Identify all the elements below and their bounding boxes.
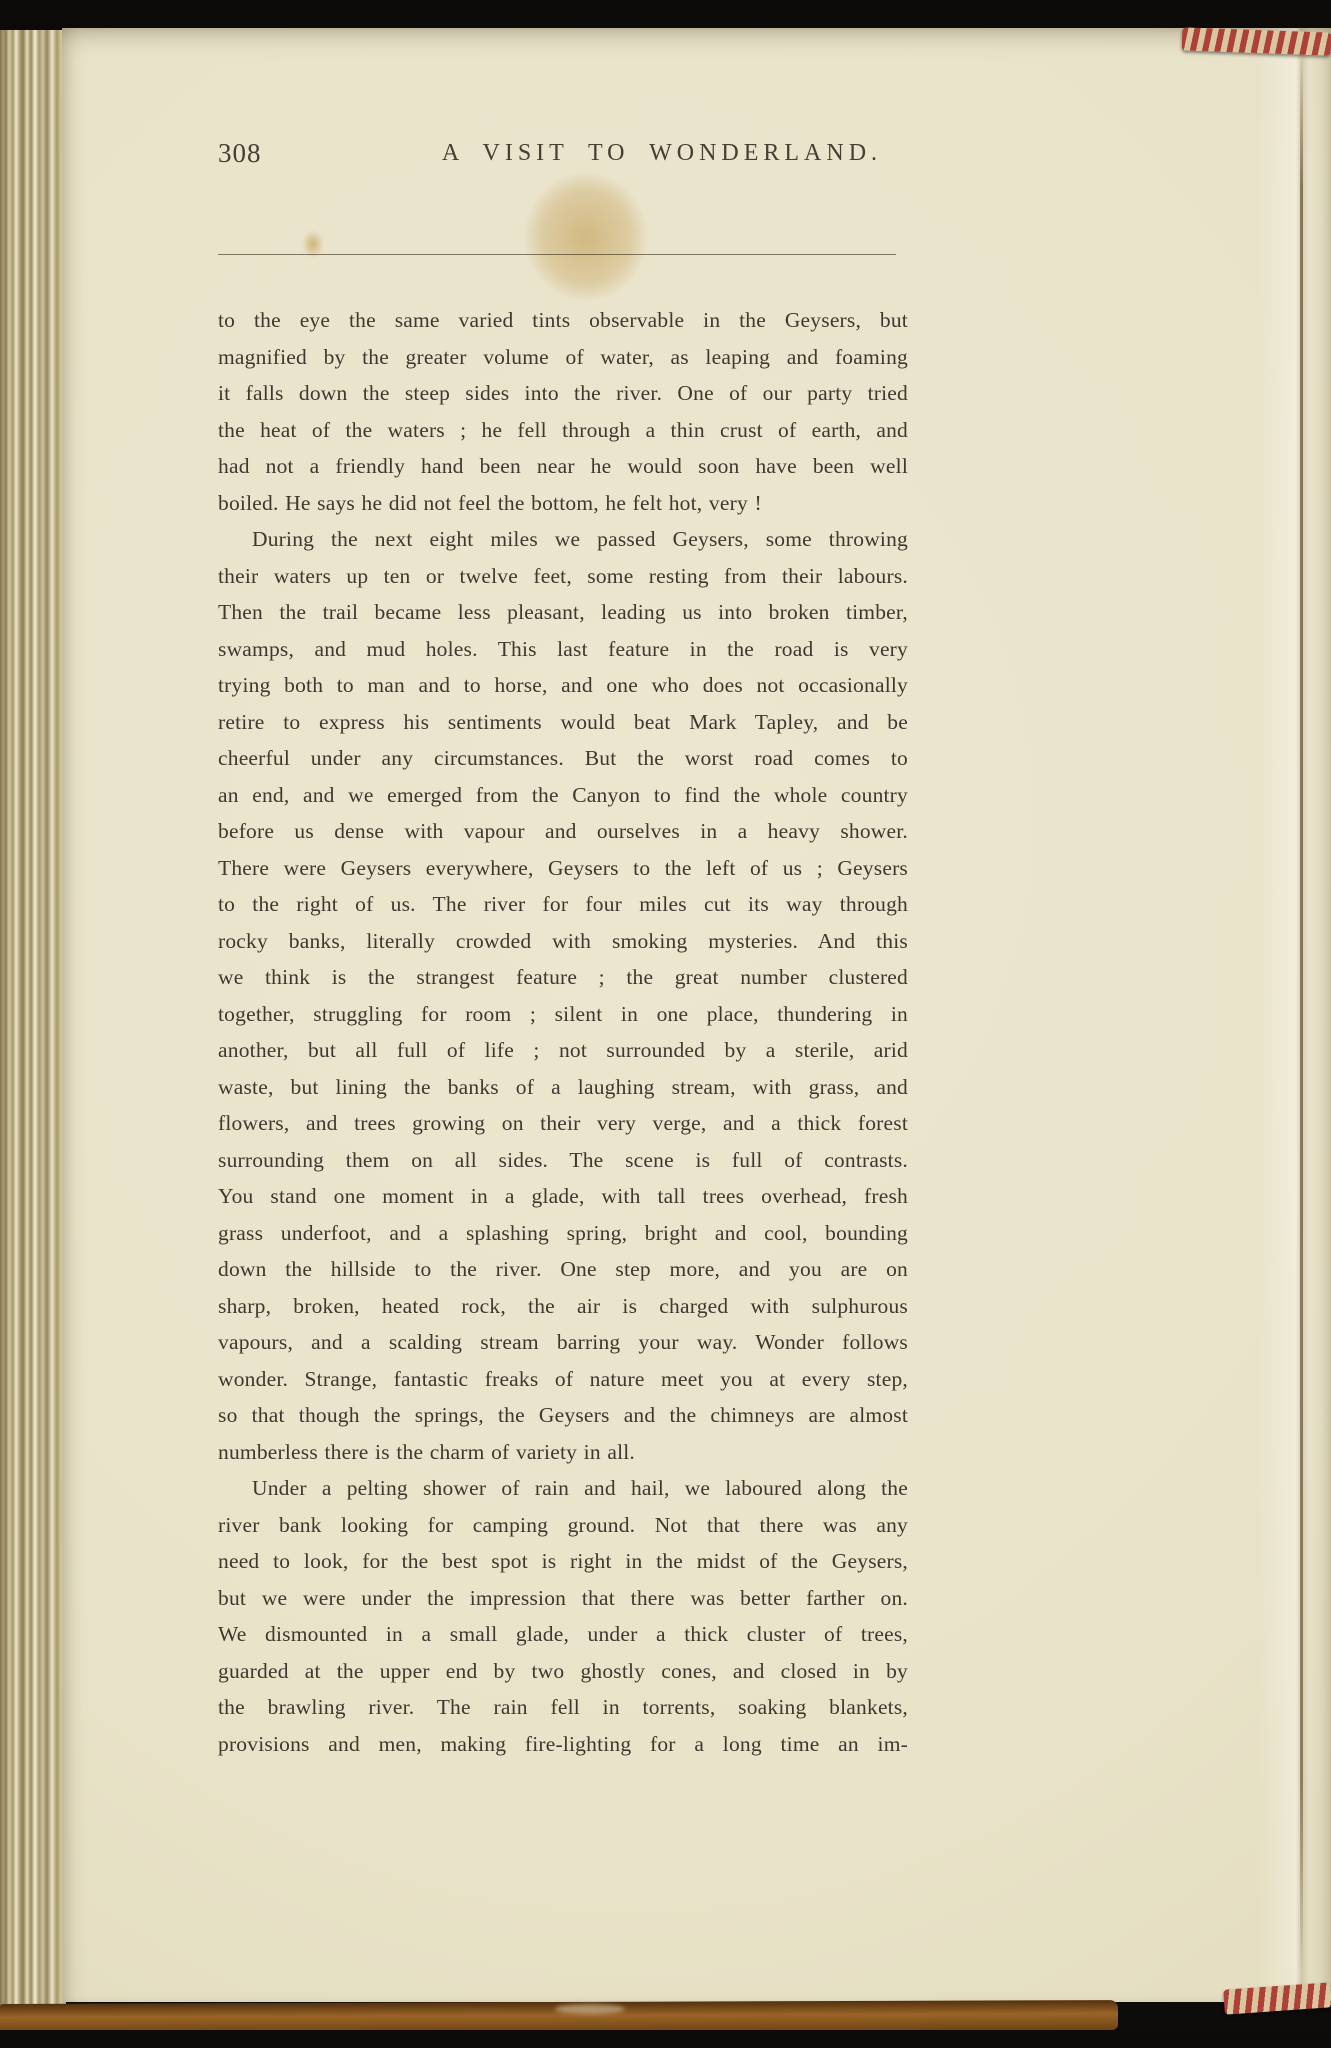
book-page: 308 A VISIT TO WONDERLAND. to the eye th… (62, 28, 1331, 2002)
text-line: rocky banks, literally crowded with smok… (218, 923, 908, 960)
text-line: numberless there is the charm of variety… (218, 1434, 908, 1471)
text-line: so that though the springs, the Geysers … (218, 1397, 908, 1434)
text-line: before us dense with vapour and ourselve… (218, 813, 908, 850)
text-line: magnified by the greater volume of water… (218, 339, 908, 376)
scan-background-bottom (0, 2030, 1331, 2048)
text-line: boiled. He says he did not feel the bott… (218, 485, 908, 522)
text-line: waste, but lining the banks of a laughin… (218, 1069, 908, 1106)
text-line: guarded at the upper end by two ghostly … (218, 1653, 908, 1690)
page-edge-stack (0, 30, 66, 2006)
text-line: There were Geysers everywhere, Geysers t… (218, 850, 908, 887)
text-line: the heat of the waters ; he fell through… (218, 412, 908, 449)
text-line: We dismounted in a small glade, under a … (218, 1616, 908, 1653)
text-line: grass underfoot, and a splashing spring,… (218, 1215, 908, 1252)
text-line: sharp, broken, heated rock, the air is c… (218, 1288, 908, 1325)
book-scan: 308 A VISIT TO WONDERLAND. to the eye th… (0, 0, 1331, 2048)
text-line: cheerful under any circumstances. But th… (218, 740, 908, 777)
text-line: down the hillside to the river. One step… (218, 1251, 908, 1288)
text-line: to the eye the same varied tints observa… (218, 302, 908, 339)
text-line: provisions and men, making fire-lighting… (218, 1726, 908, 1763)
header-rule (218, 254, 896, 255)
gutter-crease (1300, 54, 1303, 1974)
text-line: flowers, and trees growing on their very… (218, 1105, 908, 1142)
text-line: an end, and we emerged from the Canyon t… (218, 777, 908, 814)
scan-background-top (0, 0, 1331, 29)
text-line: swamps, and mud holes. This last feature… (218, 631, 908, 668)
text-line: to the right of us. The river for four m… (218, 886, 908, 923)
text-line: need to look, for the best spot is right… (218, 1543, 908, 1580)
text-line: surrounding them on all sides. The scene… (218, 1142, 908, 1179)
text-line: river bank looking for camping ground. N… (218, 1507, 908, 1544)
page-number: 308 (218, 138, 262, 169)
text-line: their waters up ten or twelve feet, some… (218, 558, 908, 595)
body-text: to the eye the same varied tints observa… (218, 302, 908, 1762)
cover-edge-scuff (555, 2004, 625, 2014)
text-line: retire to express his sentiments would b… (218, 704, 908, 741)
text-line: vapours, and a scalding stream barring y… (218, 1324, 908, 1361)
text-line: had not a friendly hand been near he wou… (218, 448, 908, 485)
text-line: together, struggling for room ; silent i… (218, 996, 908, 1033)
text-line: Then the trail became less pleasant, lea… (218, 594, 908, 631)
running-title: A VISIT TO WONDERLAND. (422, 140, 902, 167)
text-line: it falls down the steep sides into the r… (218, 375, 908, 412)
cover-edge (0, 2000, 1118, 2034)
text-line: trying both to man and to horse, and one… (218, 667, 908, 704)
text-line: During the next eight miles we passed Ge… (218, 521, 908, 558)
text-line: wonder. Strange, fantastic freaks of nat… (218, 1361, 908, 1398)
text-line: Under a pelting shower of rain and hail,… (218, 1470, 908, 1507)
text-line: another, but all full of life ; not surr… (218, 1032, 908, 1069)
text-line: the brawling river. The rain fell in tor… (218, 1689, 908, 1726)
text-line: You stand one moment in a glade, with ta… (218, 1178, 908, 1215)
page-stain-large (526, 174, 646, 300)
text-line: but we were under the impression that th… (218, 1580, 908, 1617)
gutter-shading (1258, 28, 1331, 2002)
text-line: we think is the strangest feature ; the … (218, 959, 908, 996)
